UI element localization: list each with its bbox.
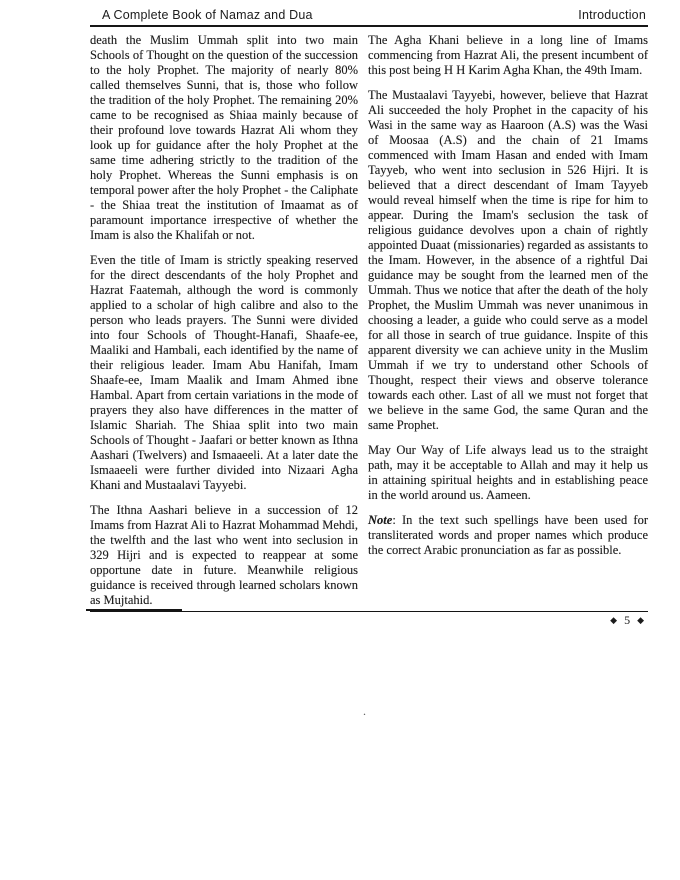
paragraph: May Our Way of Life always lead us to th… — [368, 443, 648, 503]
paragraph: death the Muslim Ummah split into two ma… — [90, 33, 358, 243]
paragraph: The Agha Khani believe in a long line of… — [368, 33, 648, 78]
two-column-text: death the Muslim Ummah split into two ma… — [90, 33, 648, 608]
footer-rule-thick-segment — [86, 609, 182, 611]
note-text: : In the text such spellings have been u… — [368, 513, 648, 557]
stray-mark: . — [363, 704, 366, 719]
page-number: 5 — [617, 613, 637, 627]
section-title: Introduction — [578, 8, 646, 22]
page-header: A Complete Book of Namaz and Dua Introdu… — [90, 8, 648, 27]
paragraph: The Ithna Aashari believe in a successio… — [90, 503, 358, 608]
left-column: death the Muslim Ummah split into two ma… — [90, 33, 358, 608]
page-content: A Complete Book of Namaz and Dua Introdu… — [0, 0, 680, 628]
page-number-right-bullet: ◆ — [637, 615, 644, 625]
right-column: The Agha Khani believe in a long line of… — [368, 33, 648, 608]
footer-rule — [90, 611, 648, 612]
note-paragraph: Note: In the text such spellings have be… — [368, 513, 648, 558]
scanned-book-page: A Complete Book of Namaz and Dua Introdu… — [0, 0, 680, 880]
paragraph: Even the title of Imam is strictly speak… — [90, 253, 358, 493]
page-number-row: ◆5◆ — [90, 612, 648, 628]
book-title: A Complete Book of Namaz and Dua — [102, 8, 313, 22]
note-label: Note — [368, 513, 392, 527]
paragraph: The Mustaalavi Tayyebi, however, believe… — [368, 88, 648, 433]
